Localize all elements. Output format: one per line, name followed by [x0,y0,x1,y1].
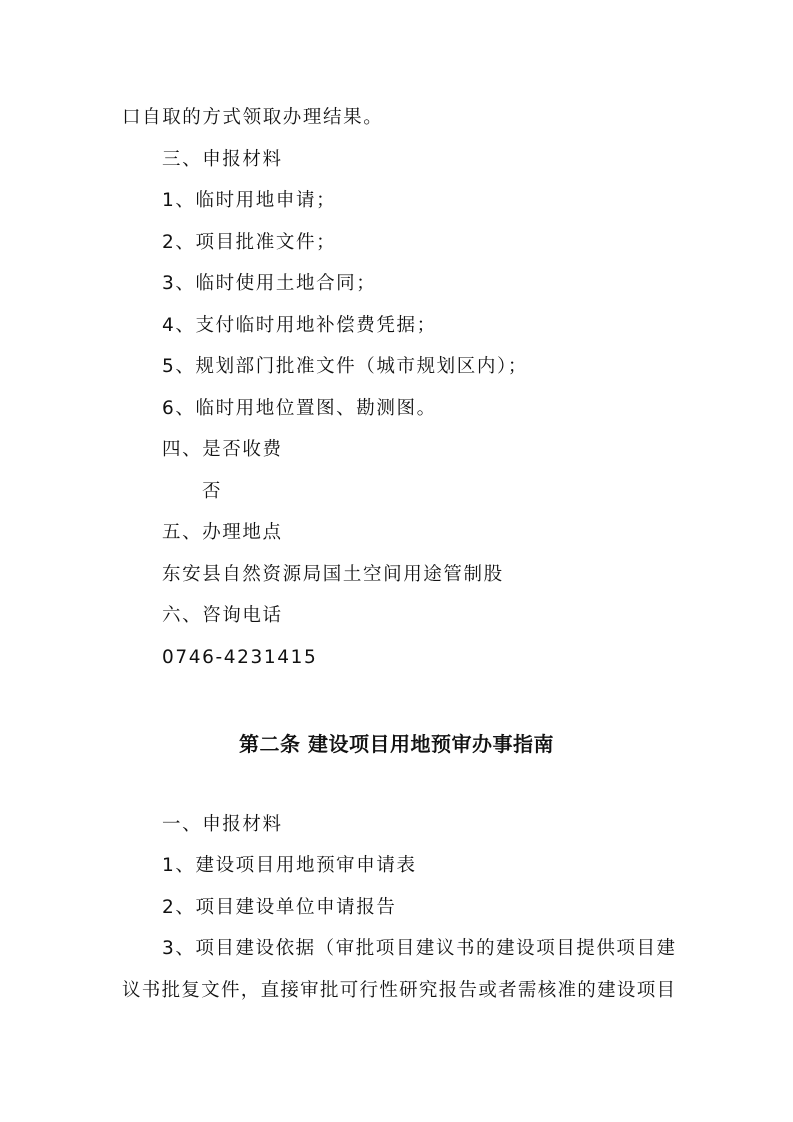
list-item: 4、支付临时用地补偿费凭据； [162,314,675,338]
phone-value: 0746-4231415 [162,646,675,670]
list-item: 5、规划部门批准文件（城市规划区内）； [162,355,675,379]
location-value: 东安县自然资源局国土空间用途管制股 [162,563,675,587]
list-item: 2、项目批准文件； [162,231,675,255]
document-page: 口自取的方式领取办理结果。 三、申报材料 1、临时用地申请； 2、项目批准文件；… [0,0,793,1122]
list-item: 1、临时用地申请； [162,189,675,213]
list-item-continuation: 议书批复文件，直接审批可行性研究报告或者需核准的建设项目 [122,979,675,1003]
section-heading-phone: 六、咨询电话 [162,604,675,628]
fee-value: 否 [202,480,755,504]
list-item: 3、项目建设依据（审批项目建议书的建设项目提供项目建 [162,937,675,961]
article-heading: 第二条 建设项目用地预审办事指南 [0,731,793,757]
section-heading-location: 五、办理地点 [162,521,675,545]
section-heading-fee: 四、是否收费 [162,438,675,462]
list-item: 2、项目建设单位申请报告 [162,896,675,920]
list-item: 3、临时使用土地合同； [162,272,675,296]
section-heading-materials: 三、申报材料 [162,148,675,172]
list-item: 1、建设项目用地预审申请表 [162,854,675,878]
list-item: 6、临时用地位置图、勘测图。 [162,397,675,421]
section-heading-materials-2: 一、申报材料 [162,813,675,837]
continuation-text: 口自取的方式领取办理结果。 [122,106,675,130]
